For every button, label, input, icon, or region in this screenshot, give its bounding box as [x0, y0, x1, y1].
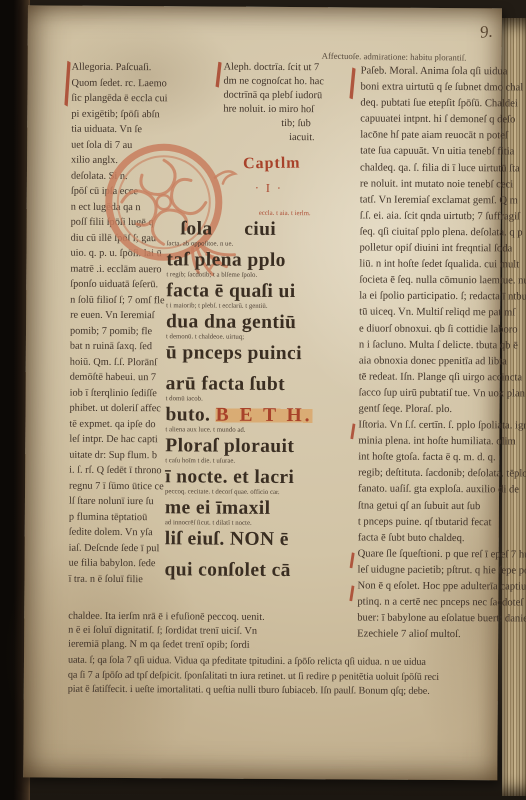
text-line: aia obnoxia donec ppenitīa ad libta [359, 353, 526, 370]
lemma-line: arū facta ſubt [166, 364, 358, 396]
lemma-text: arū facta ſubt [166, 373, 358, 397]
hebrew-letter-rubric: B E T H. [216, 404, 313, 426]
interlinear-gloss [165, 550, 357, 560]
rubric-paragraph-mark-icon [216, 62, 222, 88]
folio-number: 9. [479, 22, 494, 43]
text-line: ſedite dolem. Vn yſa [69, 525, 169, 541]
text-line: leſ uidugne pacietib; pſtrut. q hie ſepe… [358, 562, 526, 579]
text-line: re noluit. int mutato noie tenebſ ceci [360, 176, 526, 193]
text-line: p flumina tēptatioū [69, 509, 169, 525]
rubric-paragraph-mark-icon [349, 585, 354, 601]
lemma-line: ad innocrēſ ſicut. t dilatī t nocte. liſ… [165, 519, 357, 551]
lemma-line: t caſu hoīm t die. t uſurae. ī nocte. et… [165, 457, 357, 489]
lemma-line: peccoq. cecitate. t decorſ quae. officio… [165, 488, 357, 520]
text-line: pi exigētib; ſpōſi abſn [71, 106, 171, 122]
text-line: gentſ ſeqe. Ploraſ. plo. [358, 401, 526, 418]
text-line: ſocieta ē ſeq. nulla cōmunio laemtue. nu… [359, 273, 526, 290]
text-line: demōſtē habeui. un 7 [70, 370, 170, 386]
lemma-text: ū pnceps puinci [166, 342, 358, 366]
lemma-text: dua dna gentiū [166, 311, 358, 335]
text-line: regib; deſtituta. ſacdonib; deſolata. tē… [358, 466, 526, 483]
lemma-text: liſ eiuſ. NON ē [165, 528, 357, 552]
interlinear-gloss: t i maiorib; t plebſ. t ecclarū. t genti… [166, 302, 358, 312]
text-line: n i ſacluno. Multa ſ delicte. tbuta qb ē [359, 337, 526, 354]
text-line: leſ intpr. De hac capti [69, 432, 169, 448]
text-line: lacōne hſ pate aiam reuocāt n poteſ [360, 128, 526, 145]
text-line: dm ne cognoſcat ho. hac [223, 75, 323, 90]
interlinear-gloss: peccoq. cecitate. t decorſ quae. officio… [165, 488, 357, 498]
interlinear-gloss: ſacta. ab oppoſitoe. n ue. [167, 240, 359, 250]
text-line: e diuorſ obnoxui. qb ſi cottidie laboro [359, 321, 526, 338]
text-line: ī tra. n ē ſoluī filie [68, 571, 168, 587]
text-line: liū. n int hoſte ſedet ſqualida. cui mul… [359, 257, 526, 274]
text-line: Ezechiele 7 alioſ multoſ. [357, 627, 526, 644]
lemma-line: t domū iacob. buto. B E T H. [165, 395, 357, 427]
commentary-column: Paſeb. Moral. Anima ſola qſi uiduaboni e… [357, 63, 526, 643]
text-line: hre noluit. io miro hoſ [223, 102, 323, 117]
text-line: ſic plangēda ē eccla cui [71, 91, 171, 107]
text-line: Quom ſedet. rc. Laemo [71, 75, 171, 91]
interlinear-gloss: t aliena aux luce. t mundo ad. [165, 426, 357, 436]
text-line: ſ.ſ. ei. aia. ſcit qnda uirtutb; 7 ſuffr… [360, 208, 526, 225]
text-line: Aleph. doctrīa. ſcit ut 7 [224, 61, 324, 76]
lemma-line: t demonū. t chaldeoe. uirtuq; ū pnceps p… [166, 333, 358, 365]
interlinear-gloss: t caſu hoīm t die. t uſurae. [165, 457, 357, 467]
text-line: capuuatei intpnt. hi ſ demoneſ q deſo [360, 112, 526, 129]
text-line: Quare ſle ſqueſtioni. p que reſ ī epeſ 7… [358, 546, 526, 563]
text-line: boni extra uirtutū q ſe ſubnet dmo chal [360, 80, 526, 97]
text-line: deq. pubtati ſue etepſit ſpōſū. Chaldei [360, 96, 526, 113]
text-line: Allegoria. Paſcuaſi. [72, 60, 172, 76]
text-line: iaſ. Deſcnde ſede ī pul [69, 540, 169, 556]
text-line: hoiū. Qm. ſ.ſ. Plorānſ [70, 354, 170, 370]
text-line: minia plena. int hoſte humiliata. olim [358, 434, 526, 451]
rubric-paragraph-mark-icon [349, 67, 355, 99]
lemma-text: taſ plena pplo [166, 249, 358, 273]
text-line: phibet. ut doleriſ affec [69, 401, 169, 417]
text-line: pomib; 7 pomib; fle [70, 323, 170, 339]
text-line: chaldee. Ita ierſm nrā ē i efuſionē pecc… [68, 610, 264, 625]
text-line: doctrīnā qa plebſ iudorū [223, 88, 323, 103]
text-line: ſtna getui qſ an ſubuit aut ſub [358, 498, 526, 515]
interlinear-gloss: t regib; ſacdotib; t a blſeme ſpolo. [166, 271, 358, 281]
lemma-line: t i maiorib; t plebſ. t ecclarū. t genti… [166, 302, 358, 334]
text-line: n ē ei ſoluī dignitatiſ. ſ; ſordidat tre… [68, 624, 264, 639]
text-line: int hoſte gtoſa. facta ē q. m. d. q. [358, 450, 526, 467]
lemma-line: t regib; ſacdotib; t a blſeme ſpolo. fac… [166, 271, 358, 303]
text-line: bat n ruinā ſaxq. ſed [70, 339, 170, 355]
lemma-text: ī nocte. et lacri [165, 466, 357, 490]
lemma-line: qui conſolet cā [164, 550, 356, 582]
text-line: n ſolū filioſ ſ; 7 omſ fle [70, 292, 170, 308]
text-line: tate ſua capuuāt. Vn uitia tenebſ fitia [360, 144, 526, 161]
lemma-text: ſola ciui [167, 218, 359, 242]
text-line: tib; ſub [223, 116, 323, 131]
interlinear-gloss [166, 364, 358, 374]
text-line: ſacco ſup uirū pubtatiſ tue. Vn uox plan [359, 385, 526, 402]
left-column-wide-lines: chaldee. Ita ierſm nrā ē i efuſionē pecc… [68, 610, 265, 653]
lemma-text: qui conſolet cā [164, 559, 356, 583]
text-line: uitate dr: Sup flum. b [69, 447, 169, 463]
text-line: regnu 7 ī ſūmo ūtice ce [69, 478, 169, 494]
text-line: buer: ī babylone au eſolatue buert: dani… [357, 611, 526, 628]
text-line: piat ē ſatiſfecit. i ueſte imortalitati.… [68, 683, 439, 700]
lemma-line: t aliena aux luce. t mundo ad. Ploraſ pl… [165, 426, 357, 458]
lemma-text: me ei īmaxil [165, 497, 357, 521]
text-line: Paſeb. Moral. Anima ſola qſi uidua [361, 63, 526, 80]
text-line: ue filia babylon. ſede [69, 556, 169, 572]
text-line: la ei ſpolio participatio. ſ; redacta ī … [359, 289, 526, 306]
lemma-text: facta ē quaſi ui [166, 280, 358, 304]
bottom-text-block: uata. ſ; qa ſola 7 qſi uidua. Vidua qa p… [68, 654, 439, 700]
text-line: tatſ. Vn Ieremiaſ exclamat gemſ. Q m [360, 192, 526, 209]
text-line: lſ ſtare nolunī iure ſu [69, 494, 169, 510]
rubric-paragraph-mark-icon [64, 61, 70, 107]
text-line: fanato. uaſiſ. gta exploſa. auxilio di d… [358, 482, 526, 499]
text-line: re euen. Vn Ieremiaſ [70, 308, 170, 324]
lemma-block: eccla. t aia. t ierlm. ſola ciui ſacta. … [164, 209, 358, 582]
lemma-line: ſacta. ab oppoſitoe. n ue. taſ plena ppl… [166, 240, 358, 272]
text-line: facta ē ſubt buto chaldeq. [358, 530, 526, 547]
lemma-line: eccla. t aia. t ierlm. ſola ciui [167, 209, 359, 241]
interlinear-gloss: ad innocrēſ ſicut. t dilatī t nocte. [165, 519, 357, 529]
text-line: Iſtoria. Vn ſ.ſ. certīn. ſ. pplo ſpoliat… [358, 418, 526, 435]
text-line: chaldeq. qa. ſ. filia di ī luce uirtutū … [360, 160, 526, 177]
text-line: iob ī ſterqlinio ſediſſe [70, 385, 170, 401]
text-line: ſeq. qſi ciuitaſ pplo plena. deſolata. q… [360, 224, 526, 241]
text-line: ieremiā plang. N m qa ſedet trenī opib; … [68, 637, 264, 652]
text-line: polletur opiſ diuini int freqntial ſoda [359, 240, 526, 257]
running-title: Affectuoſe. admiratione: habitu ploranti… [322, 51, 467, 63]
lemma-text: buto. B E T H. [165, 404, 357, 428]
manuscript-photo: 9. Affectuoſe. admiratione: habitu plora… [0, 0, 526, 800]
text-line: t pnceps puine. qſ tbutarid fecat [358, 514, 526, 531]
interlinear-gloss: t domū iacob. [166, 395, 358, 405]
chapter-number: · I · [255, 181, 283, 196]
text-line: tē redeat. Iſn. Plange qſi uirgo accinct… [359, 369, 526, 386]
text-line: ptinq. n a certē nec pnceps nec ſacdoteſ… [357, 595, 526, 612]
text-line: tē expmet. qa ipſe do [69, 416, 169, 432]
chapter-rubric: Captlm [243, 155, 301, 174]
parchment-page: 9. Affectuoſe. admiratione: habitu plora… [23, 5, 502, 780]
text-line: Non ē q eſolet. Hoc ppe adulterīa captiu… [357, 578, 526, 595]
interlinear-gloss: t demonū. t chaldeoe. uirtuq; [166, 333, 358, 343]
lemma-text: Ploraſ plorauit [165, 435, 357, 459]
text-line: tū uiceq. Vn. Multiſ reliqd me pat mſ [359, 305, 526, 322]
text-line: i. ſ. rſ. Q ſedēt ī throno [69, 463, 169, 479]
interlinear-gloss: eccla. t aia. t ierlm. [167, 209, 359, 219]
